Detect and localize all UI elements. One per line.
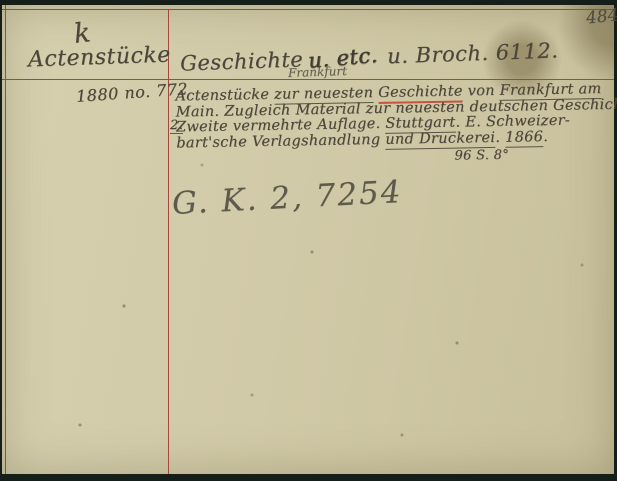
description-lines: Actenstücke zur neuesten Geschichte von … bbox=[175, 83, 576, 152]
top-rule-line bbox=[2, 9, 614, 10]
description-segment: 1866 bbox=[505, 129, 543, 148]
header-pencil-correction: Frankfurt bbox=[288, 64, 347, 80]
collation-note: 96 S. 8° bbox=[454, 147, 576, 165]
description-segment: . bbox=[543, 128, 548, 144]
corner-page-number: 484 bbox=[585, 5, 617, 28]
scanned-catalog-card-page: { "page": { "corner_number": "484" }, "c… bbox=[0, 0, 617, 481]
header-category: Geschichte bbox=[180, 47, 304, 75]
subject-heading: Actenstücke bbox=[28, 43, 172, 73]
left-margin-rule bbox=[5, 5, 6, 474]
description-segment: und Druckerei bbox=[385, 129, 495, 149]
description-segment: . bbox=[495, 129, 505, 145]
description-segment: . E. Schweizer- bbox=[455, 113, 570, 131]
description-block: Actenstücke zur neuesten Geschichte von … bbox=[175, 83, 576, 169]
column-divider-rule bbox=[168, 9, 169, 474]
description-segment: bart'sche Verlagshandlung bbox=[176, 131, 385, 151]
description-segment: von bbox=[463, 83, 500, 100]
